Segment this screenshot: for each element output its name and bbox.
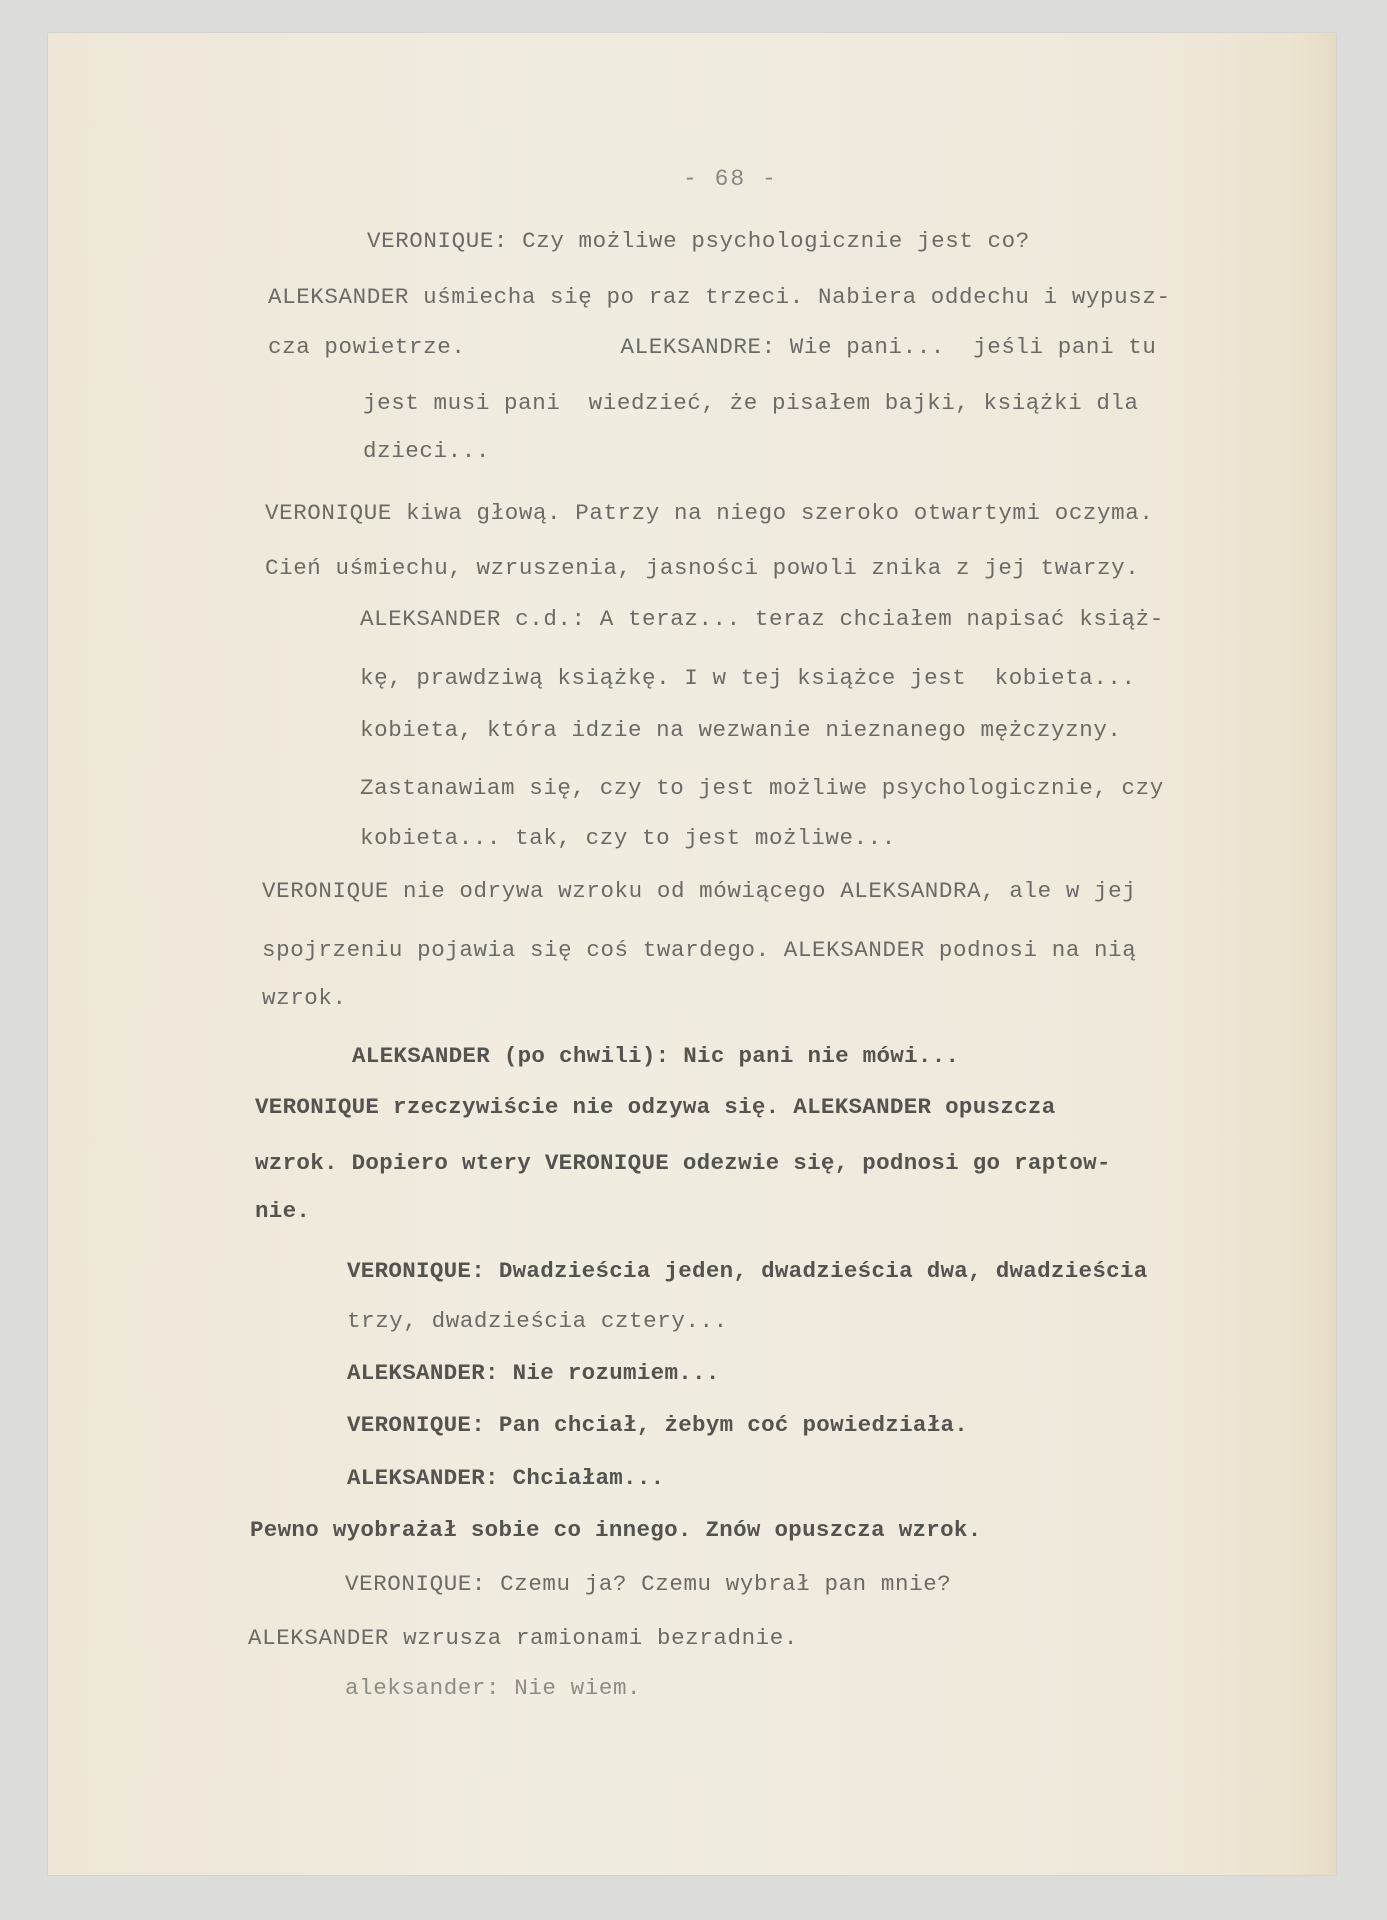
script-line: kę, prawdziwą książkę. I w tej książce j…	[360, 667, 1136, 690]
script-line: ALEKSANDER wzrusza ramionami bezradnie.	[248, 1627, 798, 1650]
script-line: VERONIQUE: Pan chciał, żebym coć powiedz…	[347, 1414, 968, 1437]
script-line: kobieta, która idzie na wezwanie nieznan…	[360, 719, 1122, 742]
script-line: ALEKSANDER c.d.: A teraz... teraz chciał…	[360, 608, 1164, 631]
script-line: VERONIQUE nie odrywa wzroku od mówiącego…	[262, 880, 1136, 903]
script-line: kobieta... tak, czy to jest możliwe...	[360, 827, 896, 850]
script-line: aleksander: Nie wiem.	[345, 1677, 641, 1700]
script-line: VERONIQUE rzeczywiście nie odzywa się. A…	[255, 1096, 1056, 1119]
script-line: wzrok. Dopiero wtery VERONIQUE odezwie s…	[255, 1152, 1111, 1175]
script-line: ALEKSANDER uśmiecha się po raz trzeci. N…	[268, 286, 1171, 309]
script-line: cza powietrze. ALEKSANDRE: Wie pani... j…	[268, 336, 1156, 359]
script-line: VERONIQUE kiwa głową. Patrzy na niego sz…	[265, 502, 1153, 525]
script-line: jest musi pani wiedzieć, że pisałem bajk…	[363, 392, 1139, 415]
script-line: trzy, dwadzieścia cztery...	[347, 1310, 728, 1333]
script-line: VERONIQUE: Czemu ja? Czemu wybrał pan mn…	[345, 1573, 951, 1596]
page-number: - 68 -	[683, 166, 778, 192]
script-line: dzieci...	[363, 440, 490, 463]
script-line: VERONIQUE: Dwadzieścia jeden, dwadzieści…	[347, 1260, 1148, 1283]
script-line: nie.	[255, 1200, 310, 1223]
script-line: Zastanawiam się, czy to jest możliwe psy…	[360, 777, 1164, 800]
script-line: VERONIQUE: Czy możliwe psychologicznie j…	[367, 230, 1030, 253]
script-line: Pewno wyobrażał sobie co innego. Znów op…	[250, 1519, 982, 1542]
script-line: ALEKSANDER: Nie rozumiem...	[347, 1362, 720, 1385]
script-line: spojrzeniu pojawia się coś twardego. ALE…	[262, 939, 1136, 962]
script-line: Cień uśmiechu, wzruszenia, jasności powo…	[265, 557, 1139, 580]
script-line: ALEKSANDER: Chciałam...	[347, 1467, 664, 1490]
script-line: ALEKSANDER (po chwili): Nic pani nie mów…	[352, 1045, 959, 1068]
script-line: wzrok.	[262, 987, 347, 1010]
